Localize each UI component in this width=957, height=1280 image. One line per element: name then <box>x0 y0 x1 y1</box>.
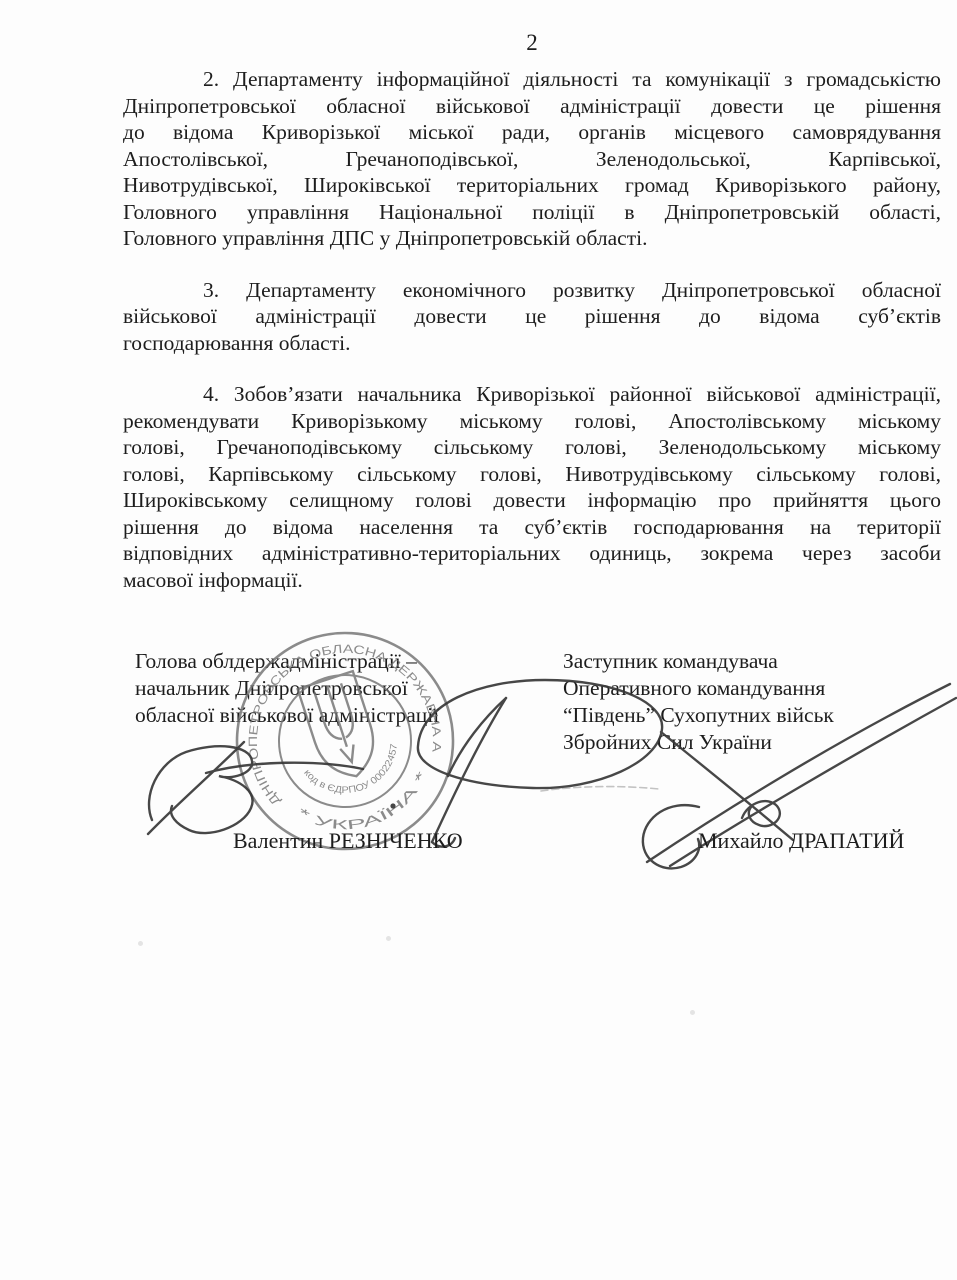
document-page: 2 2. Департаменту інформаційної діяльнос… <box>0 0 957 1280</box>
signatory-right-name: Михайло ДРАПАТИЙ <box>698 828 904 854</box>
signatures-overlay <box>0 0 957 1280</box>
scan-speck <box>138 941 143 946</box>
signature-reznichenko <box>148 698 506 847</box>
scan-speck <box>386 936 391 941</box>
signatory-left-name: Валентин РЕЗНІЧЕНКО <box>233 828 463 854</box>
scan-speck <box>690 1010 695 1015</box>
